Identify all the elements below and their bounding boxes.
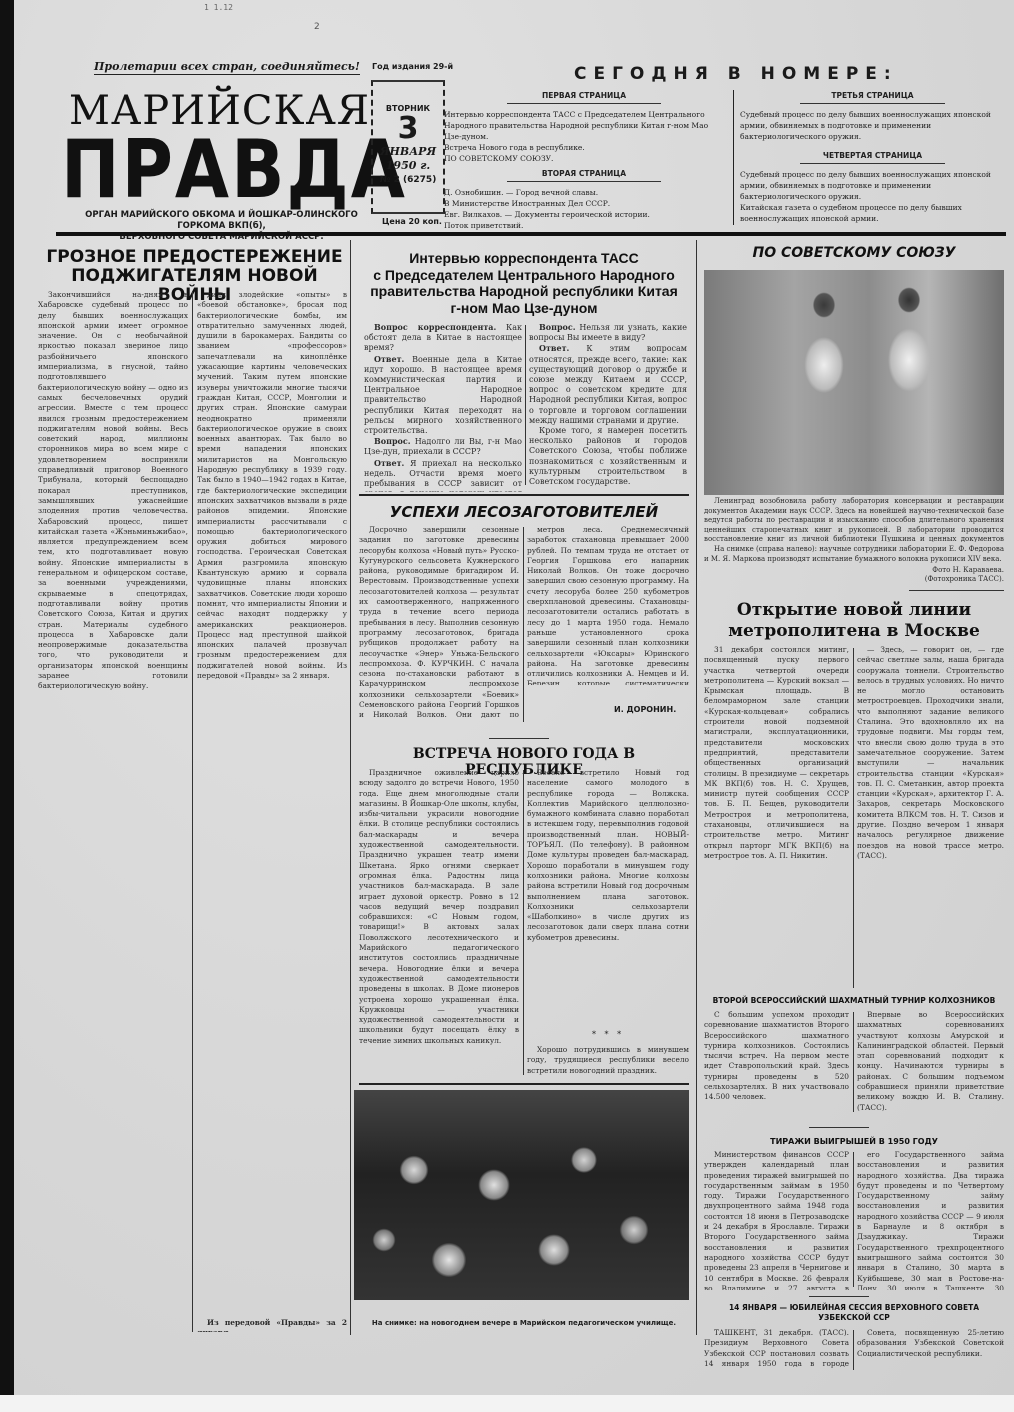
lottery-headline: ТИРАЖИ ВЫИГРЫШЕЙ В 1950 ГОДУ (704, 1137, 1004, 1146)
contents-heading: СЕГОДНЯ В НОМЕРЕ: (574, 64, 898, 84)
uzbek-headline: 14 ЯНВАРЯ — ЮБИЛЕЙНАЯ СЕССИЯ ВЕРХОВНОГО … (704, 1303, 1004, 1323)
page-mark: 2 (314, 22, 320, 32)
contents-item: Интервью корреспондента ТАСС с Председат… (444, 109, 724, 142)
photo-credit-author: Фото Н. Караваева. (894, 566, 1004, 575)
price: Цена 20 коп. (382, 217, 442, 226)
contents-item: Евг. Вилкахов. — Документы героической и… (444, 209, 724, 220)
interview-headline-line2: с Председателем Центрального Народного (354, 267, 694, 284)
editorial-source: Из передовой «Правды» за 2 января. (197, 1318, 347, 1332)
masthead-rule (56, 232, 1006, 236)
interview-col2: Вопрос. Нельзя ли узнать, какие вопросы … (529, 322, 687, 492)
scan-bottom-margin (0, 1395, 1014, 1412)
contents-page4: ЧЕТВЕРТАЯ СТРАНИЦА Судебный процесс по д… (740, 150, 1005, 224)
day: 3 (373, 113, 443, 145)
contents-page1: ПЕРВАЯ СТРАНИЦА Интервью корреспондента … (444, 90, 724, 164)
metro-headline: Открытие новой линии метрополитена в Мос… (704, 600, 1004, 642)
uzbek-headline-line1: 14 ЯНВАРЯ — ЮБИЛЕЙНАЯ СЕССИЯ ВЕРХОВНОГО … (704, 1303, 1004, 1313)
metro-col2: — Здесь, — говорит он, — где сейчас свет… (857, 645, 1004, 990)
short-rule (489, 738, 549, 739)
chess-headline: ВТОРОЙ ВСЕРОССИЙСКИЙ ШАХМАТНЫЙ ТУРНИР КО… (704, 996, 1004, 1005)
contents-item: Д. Ознобишин. — Город вечной славы. (444, 187, 724, 198)
editorial-col1: Закончившийся на-днях в Хабаровске судеб… (38, 290, 188, 1330)
uzbek-col1: ТАШКЕНТ, 31 декабря. (ТАСС). Президиум В… (704, 1328, 849, 1370)
short-rule (809, 1296, 869, 1297)
contents-page1-heading: ПЕРВАЯ СТРАНИЦА (507, 90, 661, 104)
column-rule (853, 1152, 854, 1287)
metro-headline-line1: Открытие новой линии (704, 600, 1004, 621)
column-rule (853, 648, 854, 988)
archive-stamp: 1 1.12 (204, 3, 233, 13)
newyear-col1: Праздничное оживление царило всюду задол… (359, 768, 519, 1078)
separator-stars: * * * (592, 1030, 624, 1039)
contents-page2: ВТОРАЯ СТРАНИЦА Д. Ознобишин. — Город ве… (444, 168, 724, 231)
newyear-col2: Весело встретило Новый год население сам… (527, 768, 689, 1023)
short-rule (809, 1127, 869, 1128)
chess-col2: Впервые во Всероссийских шахматных сорев… (857, 1010, 1004, 1115)
column-rule (853, 1330, 854, 1370)
contents-divider (733, 90, 734, 225)
column-rule (523, 770, 524, 1075)
organ-line1: ОРГАН МАРИЙСКОГО ОБКОМА И ЙОШКАР-ОЛИНСКО… (79, 210, 364, 232)
interview-headline-line3: правительства Народной республики Китая (354, 283, 694, 300)
column-rule (525, 325, 526, 485)
photo-credit-agency: (Фотохроника ТАСС). (894, 575, 1004, 584)
column-rule (192, 292, 193, 1332)
loggers-col2: метров леса. Среднемесячный заработок ст… (527, 525, 689, 685)
column-rule (350, 240, 351, 1335)
laboratory-photo (704, 270, 1004, 495)
interview-headline: Интервью корреспондента ТАСС с Председат… (354, 250, 694, 316)
year: 1950 г. (373, 159, 443, 173)
interview-col1: Вопрос корреспондента. Как обстоят дела … (364, 322, 522, 492)
contents-item: Китайская газета о судебном процессе по … (740, 202, 1005, 224)
new-year-party-photo (354, 1090, 689, 1300)
editorial-col2: дили злодейские «опыты» в «боевой обстан… (197, 290, 347, 1300)
loggers-headline: УСПЕХИ ЛЕСОЗАГОТОВИТЕЛЕЙ (354, 503, 694, 521)
contents-item: Судебный процесс по делу бывших военносл… (740, 109, 1005, 142)
scan-edge (0, 0, 14, 1395)
metro-headline-line2: метрополитена в Москве (704, 621, 1004, 642)
lab-photo-caption-2: На снимке (справа налево): научные сотру… (704, 545, 1004, 565)
motto: Пролетарии всех стран, соединяйтесь! (94, 60, 360, 75)
metro-col1: 31 декабря состоялся митинг, посвященный… (704, 645, 849, 990)
uzbek-headline-line2: УЗБЕКСКОЙ ССР (704, 1313, 1004, 1323)
contents-page4-heading: ЧЕТВЕРТАЯ СТРАНИЦА (800, 150, 946, 164)
loggers-col1: Досрочно завершили сезонные задания по з… (359, 525, 519, 720)
chess-col1: С большим успехом проходит соревнование … (704, 1010, 849, 1115)
month: ЯНВАРЯ (373, 145, 443, 159)
soviet-union-section-title: ПО СОВЕТСКОМУ СОЮЗУ (704, 245, 1004, 261)
short-rule (909, 590, 1004, 591)
contents-item: В Министерстве Иностранных Дел СССР. (444, 198, 724, 209)
organ-statement: ОРГАН МАРИЙСКОГО ОБКОМА И ЙОШКАР-ОЛИНСКО… (79, 210, 364, 243)
contents-item: Судебный процесс по делу бывших военносл… (740, 169, 1005, 202)
editorial-headline-line1: ГРОЗНОЕ ПРЕДОСТЕРЕЖЕНИЕ (42, 248, 347, 267)
contents-page3: ТРЕТЬЯ СТРАНИЦА Судебный процесс по делу… (740, 90, 1005, 142)
contents-page3-heading: ТРЕТЬЯ СТРАНИЦА (800, 90, 946, 104)
loggers-signature: И. ДОРОНИН. (614, 705, 676, 714)
uzbek-col2: Совета, посвященную 25-летию образования… (857, 1328, 1004, 1370)
section-rule (359, 1083, 689, 1085)
lottery-col1: Министерством финансов СССР утвержден ка… (704, 1150, 849, 1290)
photo-caption: На снимке: на новогоднем вечере в Марийс… (359, 1318, 689, 1328)
interview-headline-line1: Интервью корреспондента ТАСС (354, 250, 694, 267)
year-of-publication: Год издания 29-й (372, 62, 453, 71)
date-box: ВТОРНИК 3 ЯНВАРЯ 1950 г. № 2 (6275) (371, 80, 445, 214)
column-rule (523, 527, 524, 722)
photo-credit: Фото Н. Караваева. (Фотохроника ТАСС). (894, 566, 1004, 584)
contents-page2-heading: ВТОРАЯ СТРАНИЦА (507, 168, 661, 182)
interview-headline-line4: г-ном Мао Цзе-дуном (354, 300, 694, 317)
newyear-closing: Хорошо потрудившись в минувшем году, тру… (527, 1045, 689, 1080)
lab-photo-caption: Ленинград возобновила работу лаборатория… (704, 497, 1004, 542)
column-rule (696, 240, 697, 1335)
lottery-col2: его Государственного займа восстановлени… (857, 1150, 1004, 1290)
column-rule (853, 1012, 854, 1112)
newspaper-title-line2: ПРАВДА (61, 122, 407, 216)
issue-number: № 2 (6275) (373, 175, 443, 185)
section-rule (359, 494, 689, 496)
contents-item: Встреча Нового года в республике. (444, 142, 724, 153)
contents-item: ПО СОВЕТСКОМУ СОЮЗУ. (444, 153, 724, 164)
newspaper-page: 1 1.12 2 Пролетарии всех стран, соединяй… (14, 0, 1014, 1395)
contents-item: Поток приветствий. (444, 220, 724, 231)
